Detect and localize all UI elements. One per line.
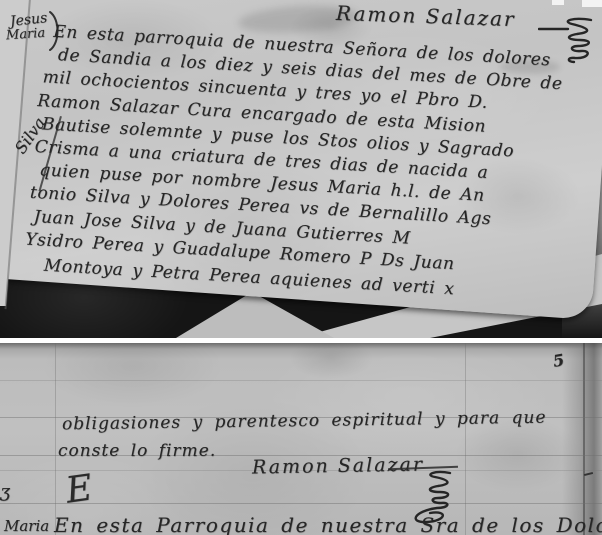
page-binding-seam [583, 343, 585, 535]
edge-ink-mark: ʒ [0, 481, 10, 502]
record-line: conste lo firme. [58, 441, 216, 461]
top-scan-photo: Jesus Maria Silva Ramon Salazar En esta … [0, 0, 602, 338]
flourish-initial: E [63, 467, 95, 511]
bottom-scan-photo: 5 obligasiones y parentesco espiritual y… [0, 343, 602, 535]
register-margin-line [55, 343, 56, 535]
record-line: obligasiones y parentesco espiritual y p… [62, 408, 547, 435]
margin-word: Maria [4, 517, 49, 535]
scan-notch [552, 0, 564, 5]
page-right-edge [562, 343, 602, 535]
record-body-text: En esta parroquia de nuestra Señora de l… [25, 21, 591, 309]
document-scan-composite: Jesus Maria Silva Ramon Salazar En esta … [0, 0, 602, 535]
closing-signature: Ramon Salazar [252, 454, 424, 479]
register-margin-line [465, 343, 466, 535]
register-rule-line [0, 380, 602, 381]
scan-notch [582, 0, 602, 7]
partial-record-line: En esta Parroquia de nuestra Sra de los … [54, 513, 602, 535]
